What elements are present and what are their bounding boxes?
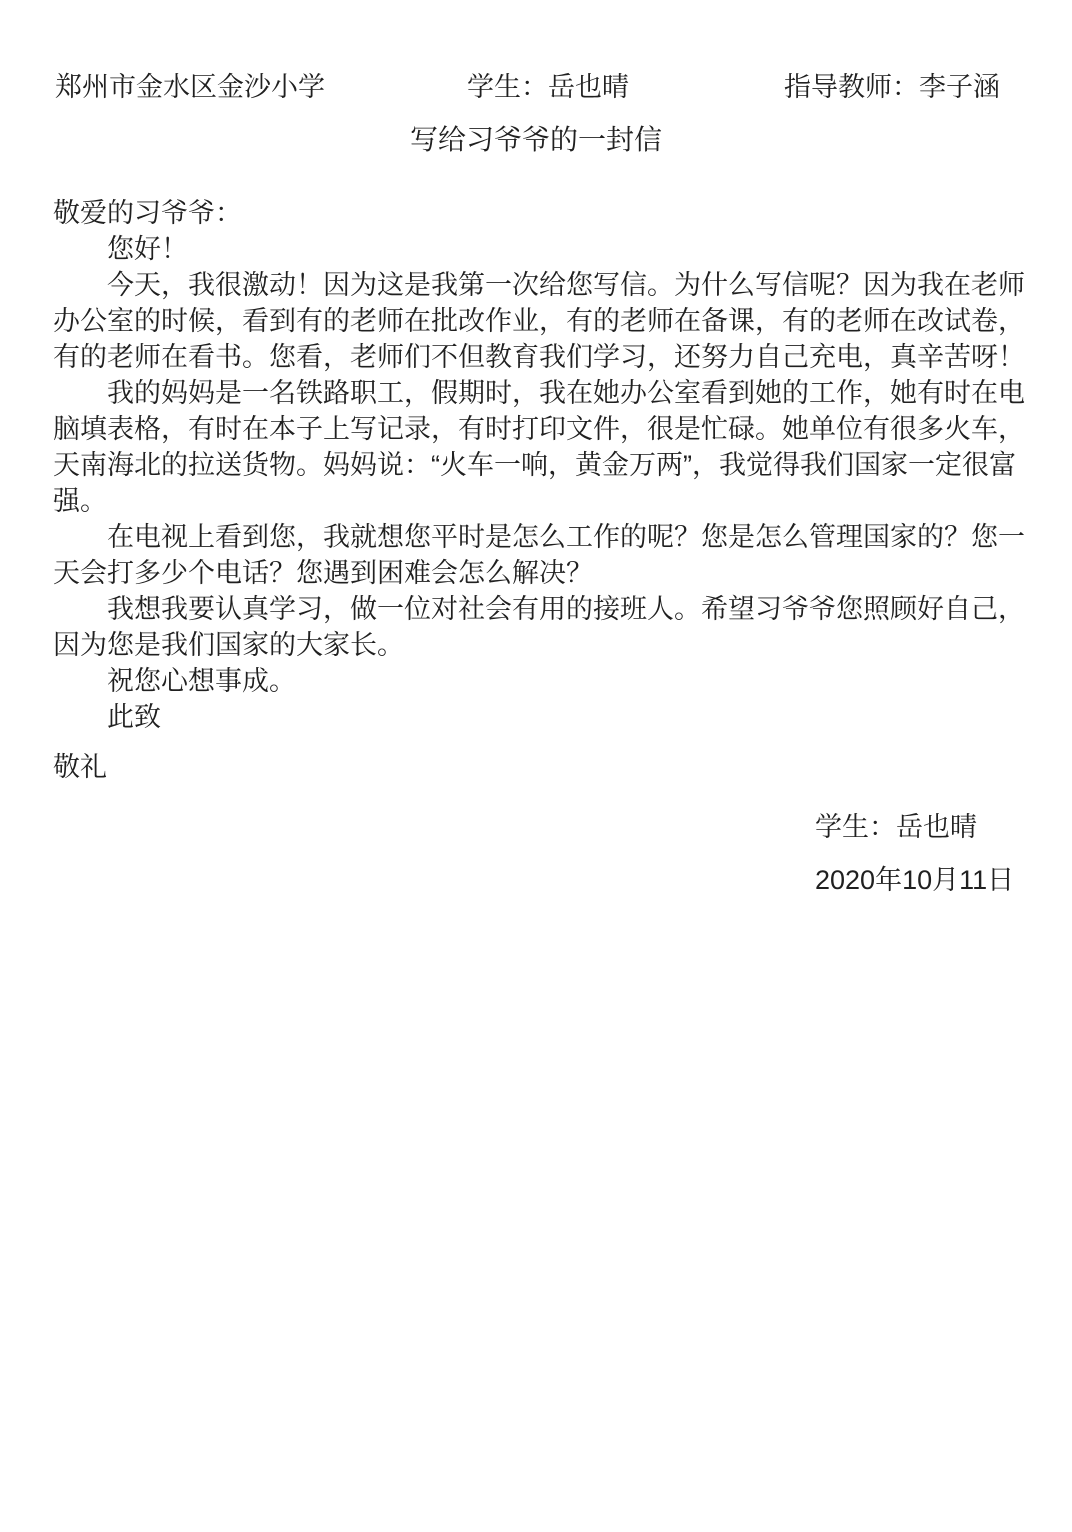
signature-date: 2020年10月11日 [815, 862, 1025, 898]
signature-block: 学生：岳也晴 2020年10月11日 [53, 809, 1025, 898]
signature-student-name: 学生：岳也晴 [815, 809, 1025, 845]
letter-title: 写给习爷爷的一封信 [0, 118, 1072, 158]
student-name-header: 学生：岳也晴 [467, 72, 629, 102]
teacher-name: 指导教师：李子涵 [784, 72, 1000, 102]
paragraph-greeting: 您好！ [53, 231, 1025, 267]
paragraph-teachers: 今天，我很激动！因为这是我第一次给您写信。为什么写信呢？因为我在老师办公室的时候… [53, 267, 1025, 375]
paragraph-cizhi: 此致 [53, 699, 1025, 735]
letter-page: 郑州市金水区金沙小学 学生：岳也晴 指导教师：李子涵 写给习爷爷的一封信 敬爱的… [0, 0, 1072, 1532]
closing-salute: 敬礼 [53, 749, 1025, 785]
paragraph-mother: 我的妈妈是一名铁路职工，假期时，我在她办公室看到她的工作，她有时在电脑填表格，有… [53, 375, 1025, 519]
paragraph-questions: 在电视上看到您，我就想您平时是怎么工作的呢？您是怎么管理国家的？您一天会打多少个… [53, 519, 1025, 591]
salutation: 敬爱的习爷爷： [53, 195, 1025, 231]
paragraph-wish: 祝您心想事成。 [53, 663, 1025, 699]
document-header: 郑州市金水区金沙小学 学生：岳也晴 指导教师：李子涵 [55, 72, 1072, 104]
school-name: 郑州市金水区金沙小学 [55, 72, 325, 102]
paragraph-resolution: 我想我要认真学习，做一位对社会有用的接班人。希望习爷爷您照顾好自己，因为您是我们… [53, 591, 1025, 663]
letter-body: 敬爱的习爷爷： 您好！ 今天，我很激动！因为这是我第一次给您写信。为什么写信呢？… [53, 195, 1025, 915]
